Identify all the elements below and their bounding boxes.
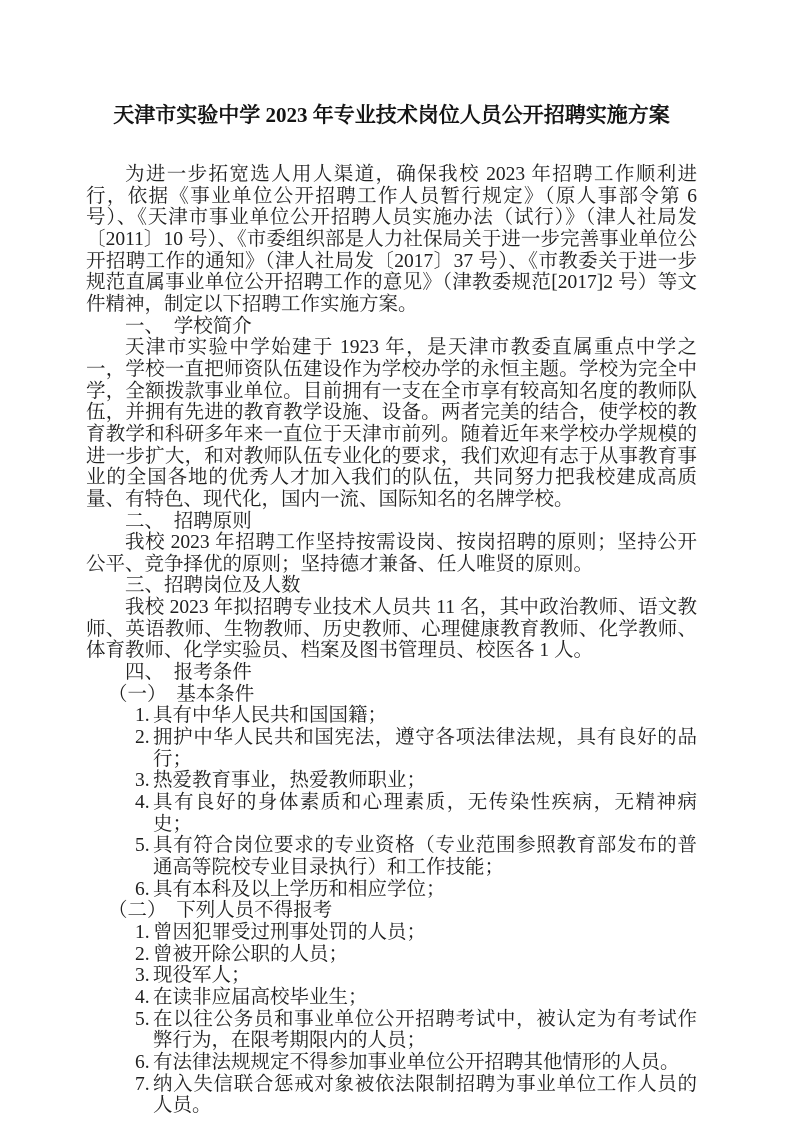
list-item: 5.在以往公务员和事业单位公开招聘考试中，被认定为有考试作弊行为，在限考期限内的… bbox=[86, 1009, 697, 1052]
list-item: 4.具有良好的身体素质和心理素质，无传染性疾病，无精神病史； bbox=[86, 792, 697, 835]
list-item: 2.拥护中华人民共和国宪法，遵守各项法律法规，具有良好的品行； bbox=[86, 727, 697, 770]
list-item-number: 4. bbox=[135, 792, 150, 814]
list-item-number: 1. bbox=[135, 922, 150, 944]
list-item-text: 具有本科及以上学历和相应学位； bbox=[153, 879, 446, 900]
subsection-heading: （二） 下列人员不得报考 bbox=[86, 900, 697, 922]
list-item-text: 在读非应届高校毕业生； bbox=[153, 987, 368, 1008]
paragraph: 为进一步拓宽选人用人渠道，确保我校 2023 年招聘工作顺利进行，依据《事业单位… bbox=[86, 164, 697, 316]
list-item: 3.现役军人； bbox=[86, 965, 697, 987]
document-page: 天津市实验中学 2023 年专业技术岗位人员公开招聘实施方案 为进一步拓宽选人用… bbox=[0, 0, 793, 1122]
list-item: 1.曾因犯罪受过刑事处罚的人员； bbox=[86, 922, 697, 944]
document-title: 天津市实验中学 2023 年专业技术岗位人员公开招聘实施方案 bbox=[86, 103, 697, 128]
list-item-number: 6. bbox=[135, 1052, 150, 1074]
list-item: 6.具有本科及以上学历和相应学位； bbox=[86, 879, 697, 901]
list-item: 3.热爱教育事业，热爱教师职业； bbox=[86, 770, 697, 792]
section-heading: 四、 报考条件 bbox=[86, 662, 697, 684]
list-item-number: 4. bbox=[135, 987, 150, 1009]
list-item-number: 7. bbox=[135, 1074, 150, 1096]
list-item-number: 3. bbox=[135, 965, 150, 987]
list-item: 1.具有中华人民共和国国籍； bbox=[86, 705, 697, 727]
list-item-text: 曾因犯罪受过刑事处罚的人员； bbox=[153, 922, 426, 943]
list-item: 4.在读非应届高校毕业生； bbox=[86, 987, 697, 1009]
list-item-number: 6. bbox=[135, 879, 150, 901]
list-item-text: 曾被开除公职的人员； bbox=[153, 944, 348, 965]
list-item-number: 2. bbox=[135, 727, 150, 749]
list-item: 6.有法律法规规定不得参加事业单位公开招聘其他情形的人员。 bbox=[86, 1052, 697, 1074]
list-item-number: 5. bbox=[135, 1009, 150, 1031]
list-item-number: 3. bbox=[135, 770, 150, 792]
paragraph: 天津市实验中学始建于 1923 年，是天津市教委直属重点中学之一，学校一直把师资… bbox=[86, 337, 697, 510]
list-item-text: 在以往公务员和事业单位公开招聘考试中，被认定为有考试作弊行为，在限考期限内的人员… bbox=[153, 1009, 697, 1052]
list-item-text: 具有符合岗位要求的专业资格（专业范围参照教育部发布的普通高等院校专业目录执行）和… bbox=[153, 835, 697, 878]
list-item-text: 具有中华人民共和国国籍； bbox=[153, 705, 387, 726]
list-item-text: 有法律法规规定不得参加事业单位公开招聘其他情形的人员。 bbox=[153, 1052, 680, 1073]
list-item-number: 5. bbox=[135, 835, 150, 857]
list-item-number: 2. bbox=[135, 944, 150, 966]
list-item-text: 热爱教育事业，热爱教师职业； bbox=[153, 770, 426, 791]
list-item: 2.曾被开除公职的人员； bbox=[86, 944, 697, 966]
section-heading: 二、 招聘原则 bbox=[86, 511, 697, 533]
list-item-text: 现役军人； bbox=[153, 965, 251, 986]
paragraph: 我校 2023 年拟招聘专业技术人员共 11 名，其中政治教师、语文教师、英语教… bbox=[86, 597, 697, 662]
list-item-number: 1. bbox=[135, 705, 150, 727]
list-item: 7.纳入失信联合惩戒对象被依法限制招聘为事业单位工作人员的人员。 bbox=[86, 1074, 697, 1117]
section-heading: 一、 学校简介 bbox=[86, 316, 697, 338]
list-item: 5.具有符合岗位要求的专业资格（专业范围参照教育部发布的普通高等院校专业目录执行… bbox=[86, 835, 697, 878]
subsection-heading: （一） 基本条件 bbox=[86, 684, 697, 706]
list-item-text: 纳入失信联合惩戒对象被依法限制招聘为事业单位工作人员的人员。 bbox=[153, 1074, 697, 1117]
list-item-text: 具有良好的身体素质和心理素质，无传染性疾病，无精神病史； bbox=[153, 792, 697, 835]
document-body: 为进一步拓宽选人用人渠道，确保我校 2023 年招聘工作顺利进行，依据《事业单位… bbox=[86, 164, 697, 1117]
list-item-text: 拥护中华人民共和国宪法，遵守各项法律法规，具有良好的品行； bbox=[153, 727, 697, 770]
section-heading: 三、招聘岗位及人数 bbox=[86, 575, 697, 597]
paragraph: 我校 2023 年招聘工作坚持按需设岗、按岗招聘的原则；坚持公开公平、竞争择优的… bbox=[86, 532, 697, 575]
